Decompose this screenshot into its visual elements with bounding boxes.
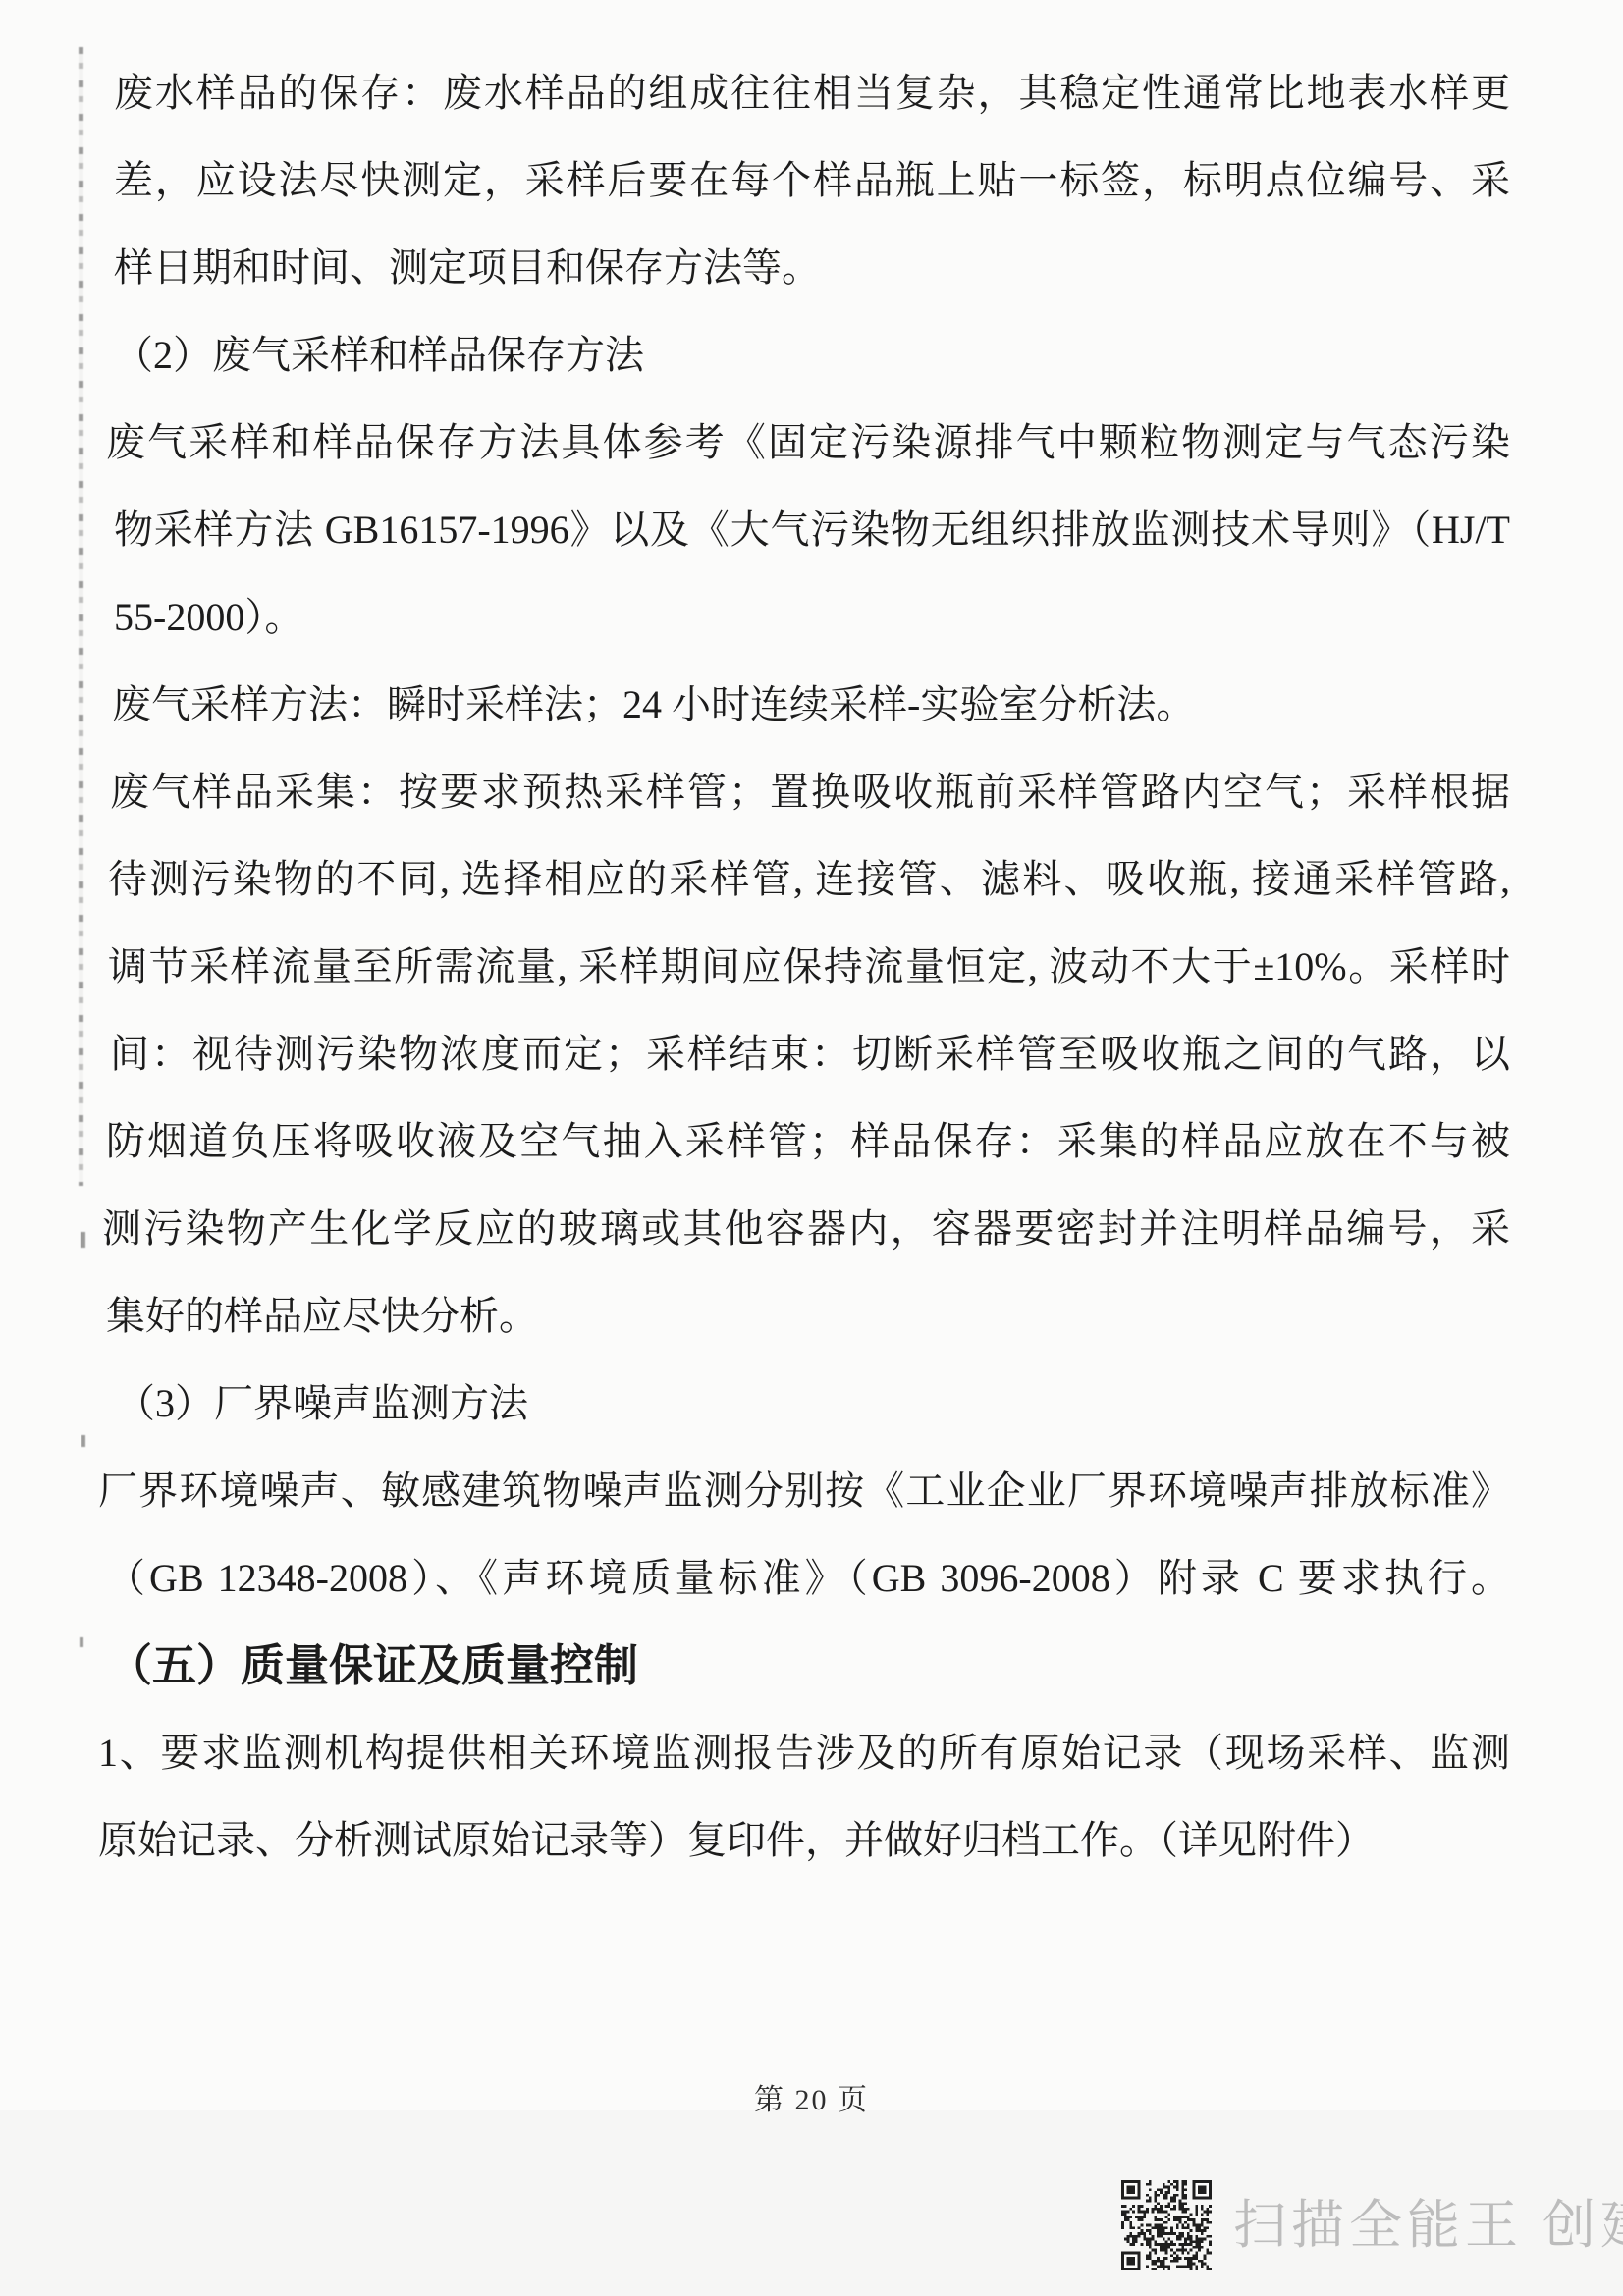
text-line: 废气采样方法：瞬时采样法；24 小时连续采样-实验室分析法。	[98, 661, 1510, 748]
watermark-label: 扫描全能王 创建	[1233, 2179, 1623, 2271]
page-number: 第 20 页	[0, 2073, 1623, 2128]
text-line: 废气采样和样品保存方法具体参考《固定污染源排气中颗粒物测定与气态污染	[98, 399, 1510, 486]
text-line: 样日期和时间、测定项目和保存方法等。	[98, 224, 1510, 311]
text-line: 55-2000）。	[98, 573, 1510, 661]
scan-speck	[80, 1637, 83, 1647]
text-line: 1、要求监测机构提供相关环境监测报告涉及的所有原始记录（现场采样、监测	[98, 1709, 1510, 1796]
scan-speck	[81, 1232, 85, 1248]
text-line: （3）厂界噪声监测方法	[98, 1360, 1510, 1447]
camscanner-watermark: 扫描全能王 创建	[1119, 2179, 1623, 2271]
scan-speck	[81, 1435, 85, 1447]
qr-code-icon	[1119, 2180, 1214, 2270]
text-line: （2）废气采样和样品保存方法	[98, 311, 1510, 399]
text-line: 物采样方法 GB16157-1996》以及《大气污染物无组织排放监测技术导则》（…	[98, 486, 1510, 573]
text-line: （GB 12348-2008）、《声环境质量标准》（GB 3096-2008）附…	[98, 1534, 1510, 1622]
text-line: 废气样品采集：按要求预热采样管；置换吸收瓶前采样管路内空气；采样根据	[98, 748, 1510, 835]
text-line: 防烟道负压将吸收液及空气抽入采样管；样品保存：采集的样品应放在不与被	[98, 1097, 1510, 1185]
text-line: 差，应设法尽快测定，采样后要在每个样品瓶上贴一标签，标明点位编号、采	[98, 136, 1510, 224]
text-line: 原始记录、分析测试原始记录等）复印件，并做好归档工作。（详见附件）	[98, 1796, 1510, 1884]
scan-edge-artifact	[79, 47, 83, 1186]
text-line: 测污染物产生化学反应的玻璃或其他容器内，容器要密封并注明样品编号，采	[98, 1185, 1510, 1272]
document-lines: 废水样品的保存：废水样品的组成往往相当复杂，其稳定性通常比地表水样更差，应设法尽…	[98, 49, 1510, 1884]
section-heading: （五）质量保证及质量控制	[98, 1622, 1510, 1709]
scanned-document-page: 废水样品的保存：废水样品的组成往往相当复杂，其稳定性通常比地表水样更差，应设法尽…	[0, 0, 1623, 2296]
text-line: 集好的样品应尽快分析。	[98, 1272, 1510, 1360]
text-line: 厂界环境噪声、敏感建筑物噪声监测分别按《工业企业厂界环境噪声排放标准》	[98, 1447, 1510, 1534]
text-line: 废水样品的保存：废水样品的组成往往相当复杂，其稳定性通常比地表水样更	[98, 49, 1510, 136]
text-line: 调节采样流量至所需流量, 采样期间应保持流量恒定, 波动不大于±10%。采样时	[98, 923, 1510, 1010]
text-line: 间：视待测污染物浓度而定；采样结束：切断采样管至吸收瓶之间的气路，以	[98, 1010, 1510, 1097]
text-line: 待测污染物的不同, 选择相应的采样管, 连接管、滤料、吸收瓶, 接通采样管路,	[98, 835, 1510, 923]
